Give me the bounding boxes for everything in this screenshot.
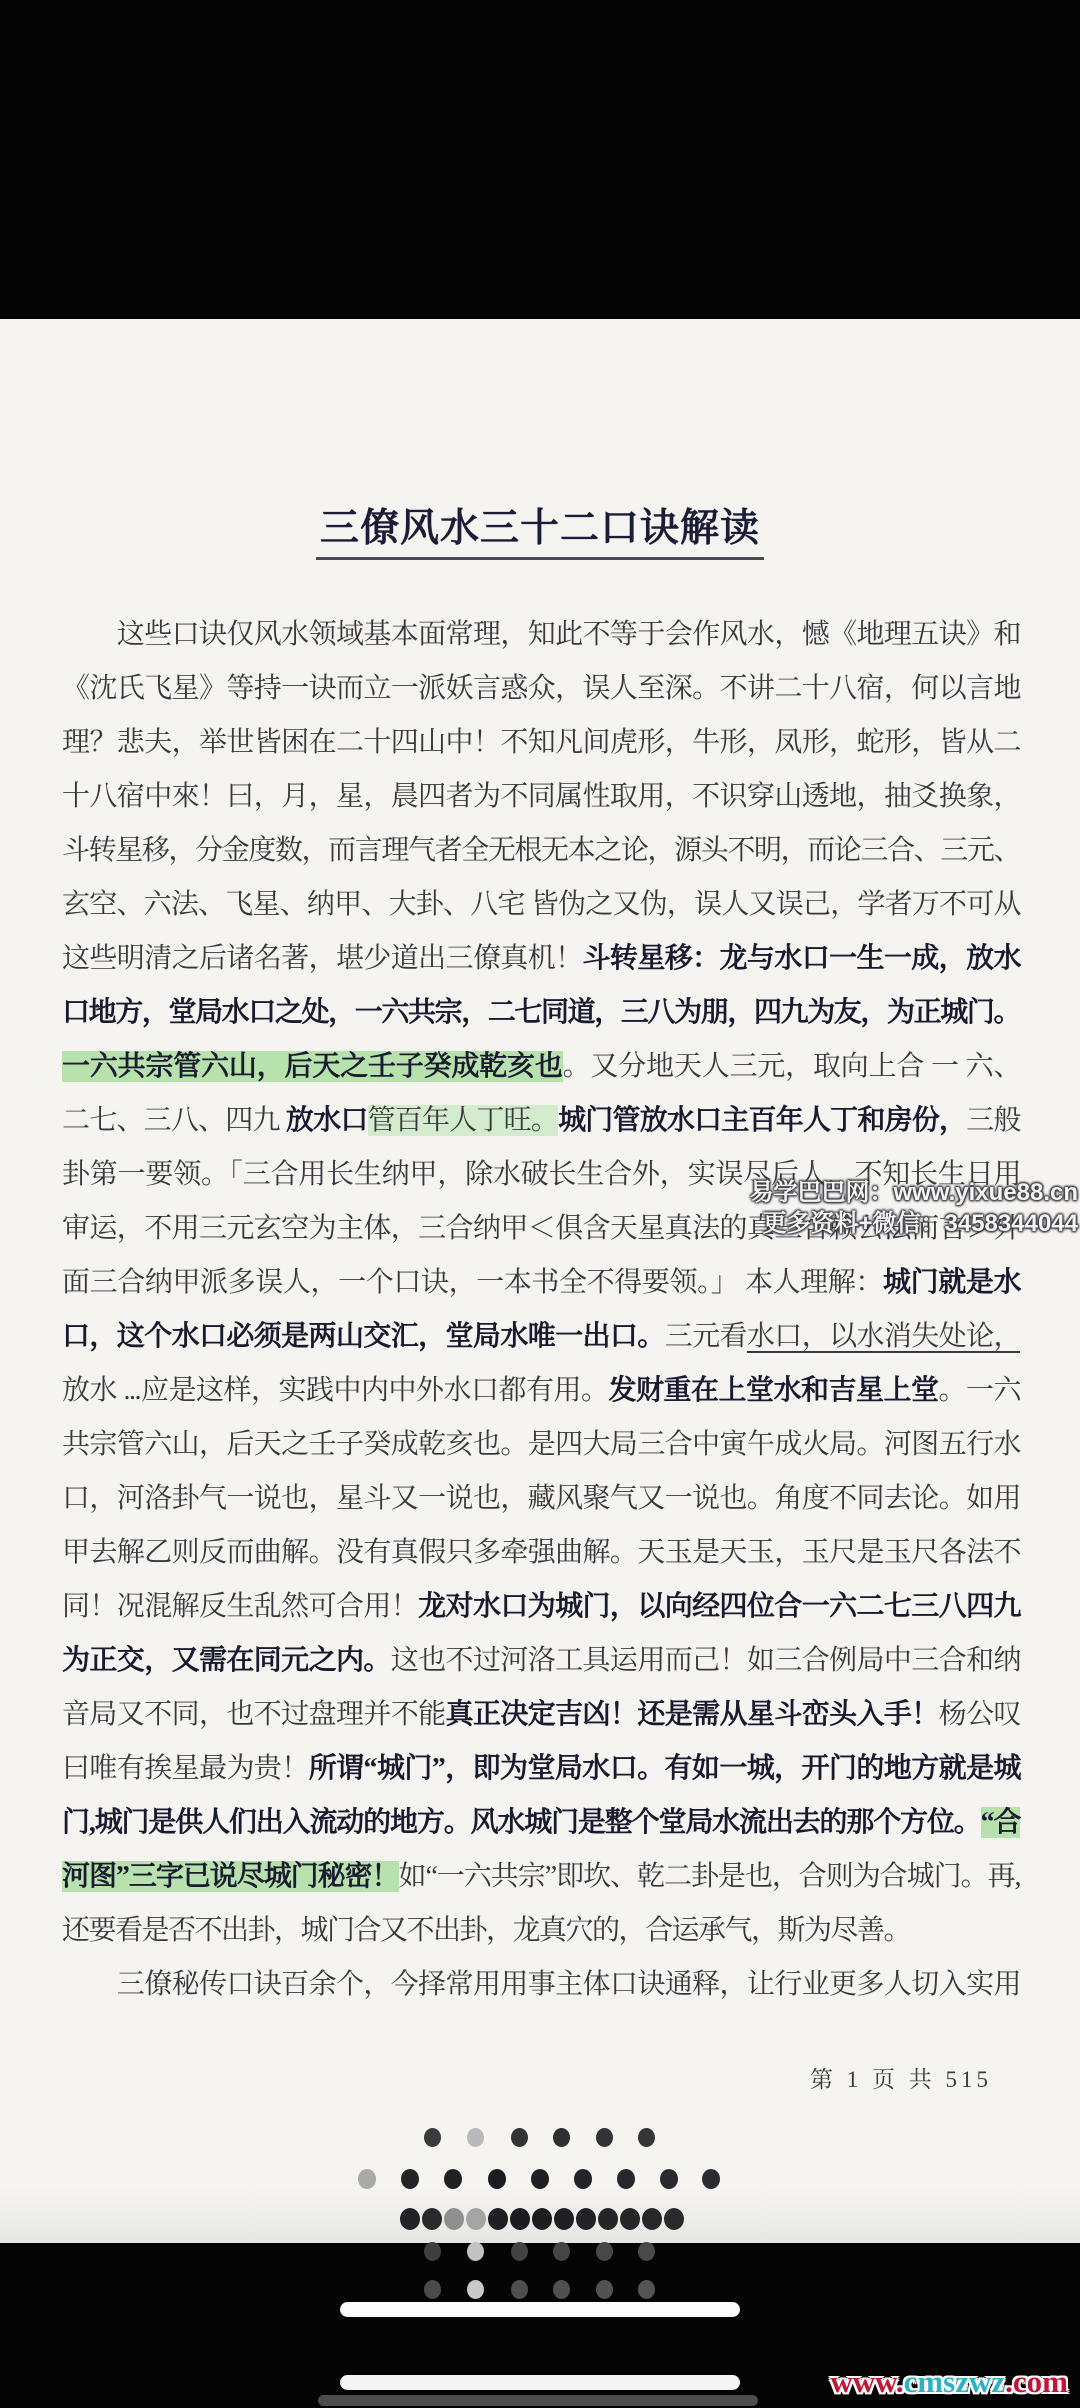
url-mid: cmszwz [904, 2364, 1006, 2399]
text-line: 《沈氏飞星》等持一诀而立一派妖言惑众，误人至深。不讲二十八宿，何以言地 [62, 662, 1020, 716]
screen: { "page": { "title": "三僚风水三十二口诀解读", "foo… [0, 0, 1080, 2408]
text-segment: 管百年人丁旺。 [368, 1105, 559, 1136]
text-segment: 曰唯有挨星最为贵！ [62, 1753, 309, 1784]
dot [553, 2242, 570, 2261]
text-line: 甲去解乙则反而曲解。没有真假只多牵强曲解。天玉是天玉，玉尺是玉尺各法不 [62, 1526, 1020, 1580]
text-line: 放水 ...应是这样，实践中内中外水口都有用。发财重在上堂水和吉星上堂。一六 [62, 1364, 1020, 1418]
text-line: 三僚秘传口诀百余个，今择常用用事主体口诀通释，让行业更多人切入实用 [62, 1958, 1020, 2012]
text-line: 曰唯有挨星最为贵！所谓“城门”，即为堂局水口。有如一城，开门的地方就是城 [62, 1742, 1020, 1796]
text-line: 口地方，堂局水口之处，一六共宗，二七同道，三八为朋，四九为友，为正城门。 [62, 986, 1020, 1040]
text-segment: 。又分地天人三元，取向上合 一 六、 [563, 1051, 1020, 1082]
text-segment: 真正决定吉凶！还是需从星斗峦头入手！ [446, 1699, 939, 1730]
text-line: 口，这个水口必须是两山交汇，堂局水唯一出口。三元看水口，以水消失处论， [62, 1310, 1020, 1364]
text-line: 门,城门是供人们出入流动的地方。风水城门是整个堂局水流出去的那个方位。“合 [62, 1796, 1020, 1850]
url-prefix: www. [830, 2364, 903, 2399]
text-line: 河图”三字已说尽城门秘密！如“一六共宗”即坎、乾二卦是也，合则为合城门。再, [62, 1850, 1020, 1904]
text-line: 十八宿中來！曰，月，星，晨四者为不同属性取用，不识穿山透地，抽爻换象， [62, 770, 1020, 824]
text-line: 理？悲夫，举世皆困在二十四山中！不知凡间虎形，牛形，凤形，蛇形，皆从二 [62, 716, 1020, 770]
document-page: 三僚风水三十二口诀解读 这些口诀仅风水领域基本面常理，知此不等于会作风水，憾《地… [0, 319, 1080, 2243]
text-segment: 还要看是否不出卦，城门合又不出卦，龙真穴的，合运承气，斯为尽善。 [62, 1915, 910, 1946]
watermark-line2: 更多资料+微信：3458344044 [749, 1208, 1078, 1239]
text-segment: 斗转星移，分金度数，而言理气者全无根无本之论，源头不明，而论三合、三元、 [62, 835, 1020, 866]
text-segment: 河图”三字已说尽城门秘密！ [62, 1861, 399, 1892]
dot [531, 2169, 549, 2189]
text-line: 还要看是否不出卦，城门合又不出卦，龙真穴的，合运承气，斯为尽善。 [62, 1904, 1020, 1958]
handle-bar [340, 2375, 740, 2390]
dot [358, 2169, 376, 2189]
dot [574, 2169, 592, 2189]
text-segment: 甲去解乙则反而曲解。没有真假只多牵强曲解。天玉是天玉，玉尺是玉尺各法不 [62, 1537, 1020, 1568]
doc-title-wrap: 三僚风水三十二口诀解读 [0, 497, 1080, 560]
dot [554, 2208, 574, 2230]
text-segment: 龙对水口为城门，以向经四位合一六二七三八四九 [418, 1591, 1020, 1622]
text-line: 一六共宗管六山，后天之壬子癸成乾亥也。又分地天人三元，取向上合 一 六、 [62, 1040, 1020, 1094]
watermark-line1: 易学巴巴网：www.yixue88.cn [749, 1177, 1078, 1208]
text-segment: 口，河洛卦气一说也，星斗又一说也，藏风聚气又一说也。角度不同去论。如用 [62, 1483, 1020, 1514]
text-segment: 三元看 [665, 1321, 747, 1352]
text-segment: 放水口 [286, 1105, 368, 1136]
dot [467, 2128, 484, 2147]
dot [467, 2280, 484, 2299]
text-segment: 放水 ...应是这样，实践中内中外水口都有用。 [62, 1375, 608, 1406]
bottom-watermark-url: www.cmszwz.com [830, 2364, 1068, 2400]
dot [424, 2242, 441, 2261]
dot [638, 2280, 655, 2299]
dot [422, 2208, 442, 2230]
text-segment: 同！况混解反生乱然可合用！ [62, 1591, 418, 1622]
dot [444, 2208, 464, 2230]
text-segment: 共宗管六山，后天之壬子癸成乾亥也。是四大局三合中寅午成火局。河图五行水 [62, 1429, 1020, 1460]
text-segment: 这些明清之后诸名著，堪少道出三僚真机！ [62, 943, 583, 974]
dot [510, 2208, 530, 2230]
text-segment: 发财重在上堂水和吉星上堂 [608, 1375, 938, 1406]
text-segment: 水口，以水消失处论， [747, 1321, 1020, 1352]
page-number: 第 1 页 共 515 [810, 2061, 992, 2094]
dot [620, 2208, 640, 2230]
dot [511, 2280, 528, 2299]
text-segment: 《沈氏飞星》等持一诀而立一派妖言惑众，误人至深。不讲二十八宿，何以言地 [62, 673, 1020, 704]
dot [511, 2128, 528, 2147]
text-line: 为正交，又需在同元之内。这也不过河洛工具运用而己！如三合例局中三合和纳 [62, 1634, 1020, 1688]
dot [702, 2169, 720, 2189]
text-segment: 十八宿中來！曰，月，星，晨四者为不同属性取用，不识穿山透地，抽爻换象， [62, 781, 1020, 812]
text-line: 口，河洛卦气一说也，星斗又一说也，藏风聚气又一说也。角度不同去论。如用 [62, 1472, 1020, 1526]
text-line: 共宗管六山，后天之壬子癸成乾亥也。是四大局三合中寅午成火局。河图五行水 [62, 1418, 1020, 1472]
text-line: 音局又不同，也不过盘理并不能真正决定吉凶！还是需从星斗峦头入手！杨公叹 [62, 1688, 1020, 1742]
watermark: 易学巴巴网：www.yixue88.cn 更多资料+微信：3458344044 [749, 1177, 1078, 1239]
page-title: 三僚风水三十二口诀解读 [316, 497, 764, 560]
text-segment: 斗转星移：龙与水口一生一成，放水 [583, 943, 1020, 974]
text-segment: 一六共宗管六山，后天之壬子癸成乾亥也 [62, 1051, 563, 1082]
text-line: 面三合纳甲派多误人，一个口诀，一本书全不得要领。」 本人理解：城门就是水 [62, 1256, 1020, 1310]
text-line: 二七、三八、四九 放水口管百年人丁旺。城门管放水口主百年人丁和房份，三般 [62, 1094, 1020, 1148]
text-segment: 口，这个水口必须是两山交汇，堂局水唯一出口。 [62, 1321, 665, 1352]
dot [444, 2169, 462, 2189]
text-line: 斗转星移，分金度数，而言理气者全无根无本之论，源头不明，而论三合、三元、 [62, 824, 1020, 878]
text-segment: 口地方，堂局水口之处，一六共宗，二七同道，三八为朋，四九为友，为正城门。 [62, 997, 1020, 1028]
text-segment: 三般 [966, 1105, 1020, 1136]
text-line: 同！况混解反生乱然可合用！龙对水口为城门，以向经四位合一六二七三八四九 [62, 1580, 1020, 1634]
text-segment: 三僚秘传口诀百余个，今择常用用事主体口诀通释，让行业更多人切入实用 [62, 1969, 1020, 2000]
text-segment: “合 [981, 1807, 1020, 1838]
text-line: 这些明清之后诸名著，堪少道出三僚真机！斗转星移：龙与水口一生一成，放水 [62, 932, 1020, 986]
dot [553, 2280, 570, 2299]
dot [532, 2208, 552, 2230]
dot [401, 2169, 419, 2189]
body-text: 这些口诀仅风水领域基本面常理，知此不等于会作风水，憾《地理五诀》和《沈氏飞星》等… [62, 608, 1020, 2012]
text-segment: 面三合纳甲派多误人，一个口诀，一本书全不得要领。」 本人理解： [62, 1267, 883, 1298]
text-segment: 这也不过河洛工具运用而己！如三合例局中三合和纳 [391, 1645, 1020, 1676]
bottom-gray-bar [318, 2395, 758, 2406]
dot [596, 2280, 613, 2299]
dot [400, 2208, 420, 2230]
url-suffix: .com [1005, 2364, 1068, 2399]
text-line: 这些口诀仅风水领域基本面常理，知此不等于会作风水，憾《地理五诀》和 [62, 608, 1020, 662]
text-segment: 杨公叹 [939, 1699, 1020, 1730]
text-segment: 音局又不同，也不过盘理并不能 [62, 1699, 446, 1730]
dot [660, 2169, 678, 2189]
text-segment: 所谓“城门”，即为堂局水口。有如一城，开门的地方就是城 [309, 1753, 1020, 1784]
dot [638, 2242, 655, 2261]
dot [576, 2208, 596, 2230]
dot [488, 2208, 508, 2230]
dot [664, 2208, 684, 2230]
dot [488, 2169, 506, 2189]
text-segment: 理？悲夫，举世皆困在二十四山中！不知凡间虎形，牛形，凤形，蛇形，皆从二 [62, 727, 1020, 758]
dot [424, 2280, 441, 2299]
dot [596, 2128, 613, 2147]
dot [596, 2242, 613, 2261]
text-segment: 城门管放水口主百年人丁和房份， [558, 1105, 966, 1136]
dot [617, 2169, 635, 2189]
dot [553, 2128, 570, 2147]
text-segment: 门,城门是供人们出入流动的地方。风水城门是整个堂局水流出去的那个方位。 [62, 1807, 981, 1838]
text-segment: 。一六 [938, 1375, 1020, 1406]
dot [466, 2208, 486, 2230]
text-segment: 二七、三八、四九 [62, 1105, 286, 1136]
dot [642, 2208, 662, 2230]
text-segment: 玄空、六法、飞星、纳甲、大卦、八宅 皆伪之又伪，误人又误己，学者万不可从 [62, 889, 1020, 920]
text-segment: 城门就是水 [883, 1267, 1020, 1298]
dot [467, 2242, 484, 2261]
text-line: 玄空、六法、飞星、纳甲、大卦、八宅 皆伪之又伪，误人又误己，学者万不可从 [62, 878, 1020, 932]
handle-bar [340, 2302, 740, 2317]
dot [638, 2128, 655, 2147]
text-segment: 这些口诀仅风水领域基本面常理，知此不等于会作风水，憾《地理五诀》和 [62, 619, 1020, 650]
dot [598, 2208, 618, 2230]
dot [424, 2128, 441, 2147]
text-segment: 为正交，又需在同元之内。 [62, 1645, 391, 1676]
text-segment: 如“一六共宗”即坎、乾二卦是也，合则为合城门。再, [399, 1861, 1020, 1892]
dot [511, 2242, 528, 2261]
